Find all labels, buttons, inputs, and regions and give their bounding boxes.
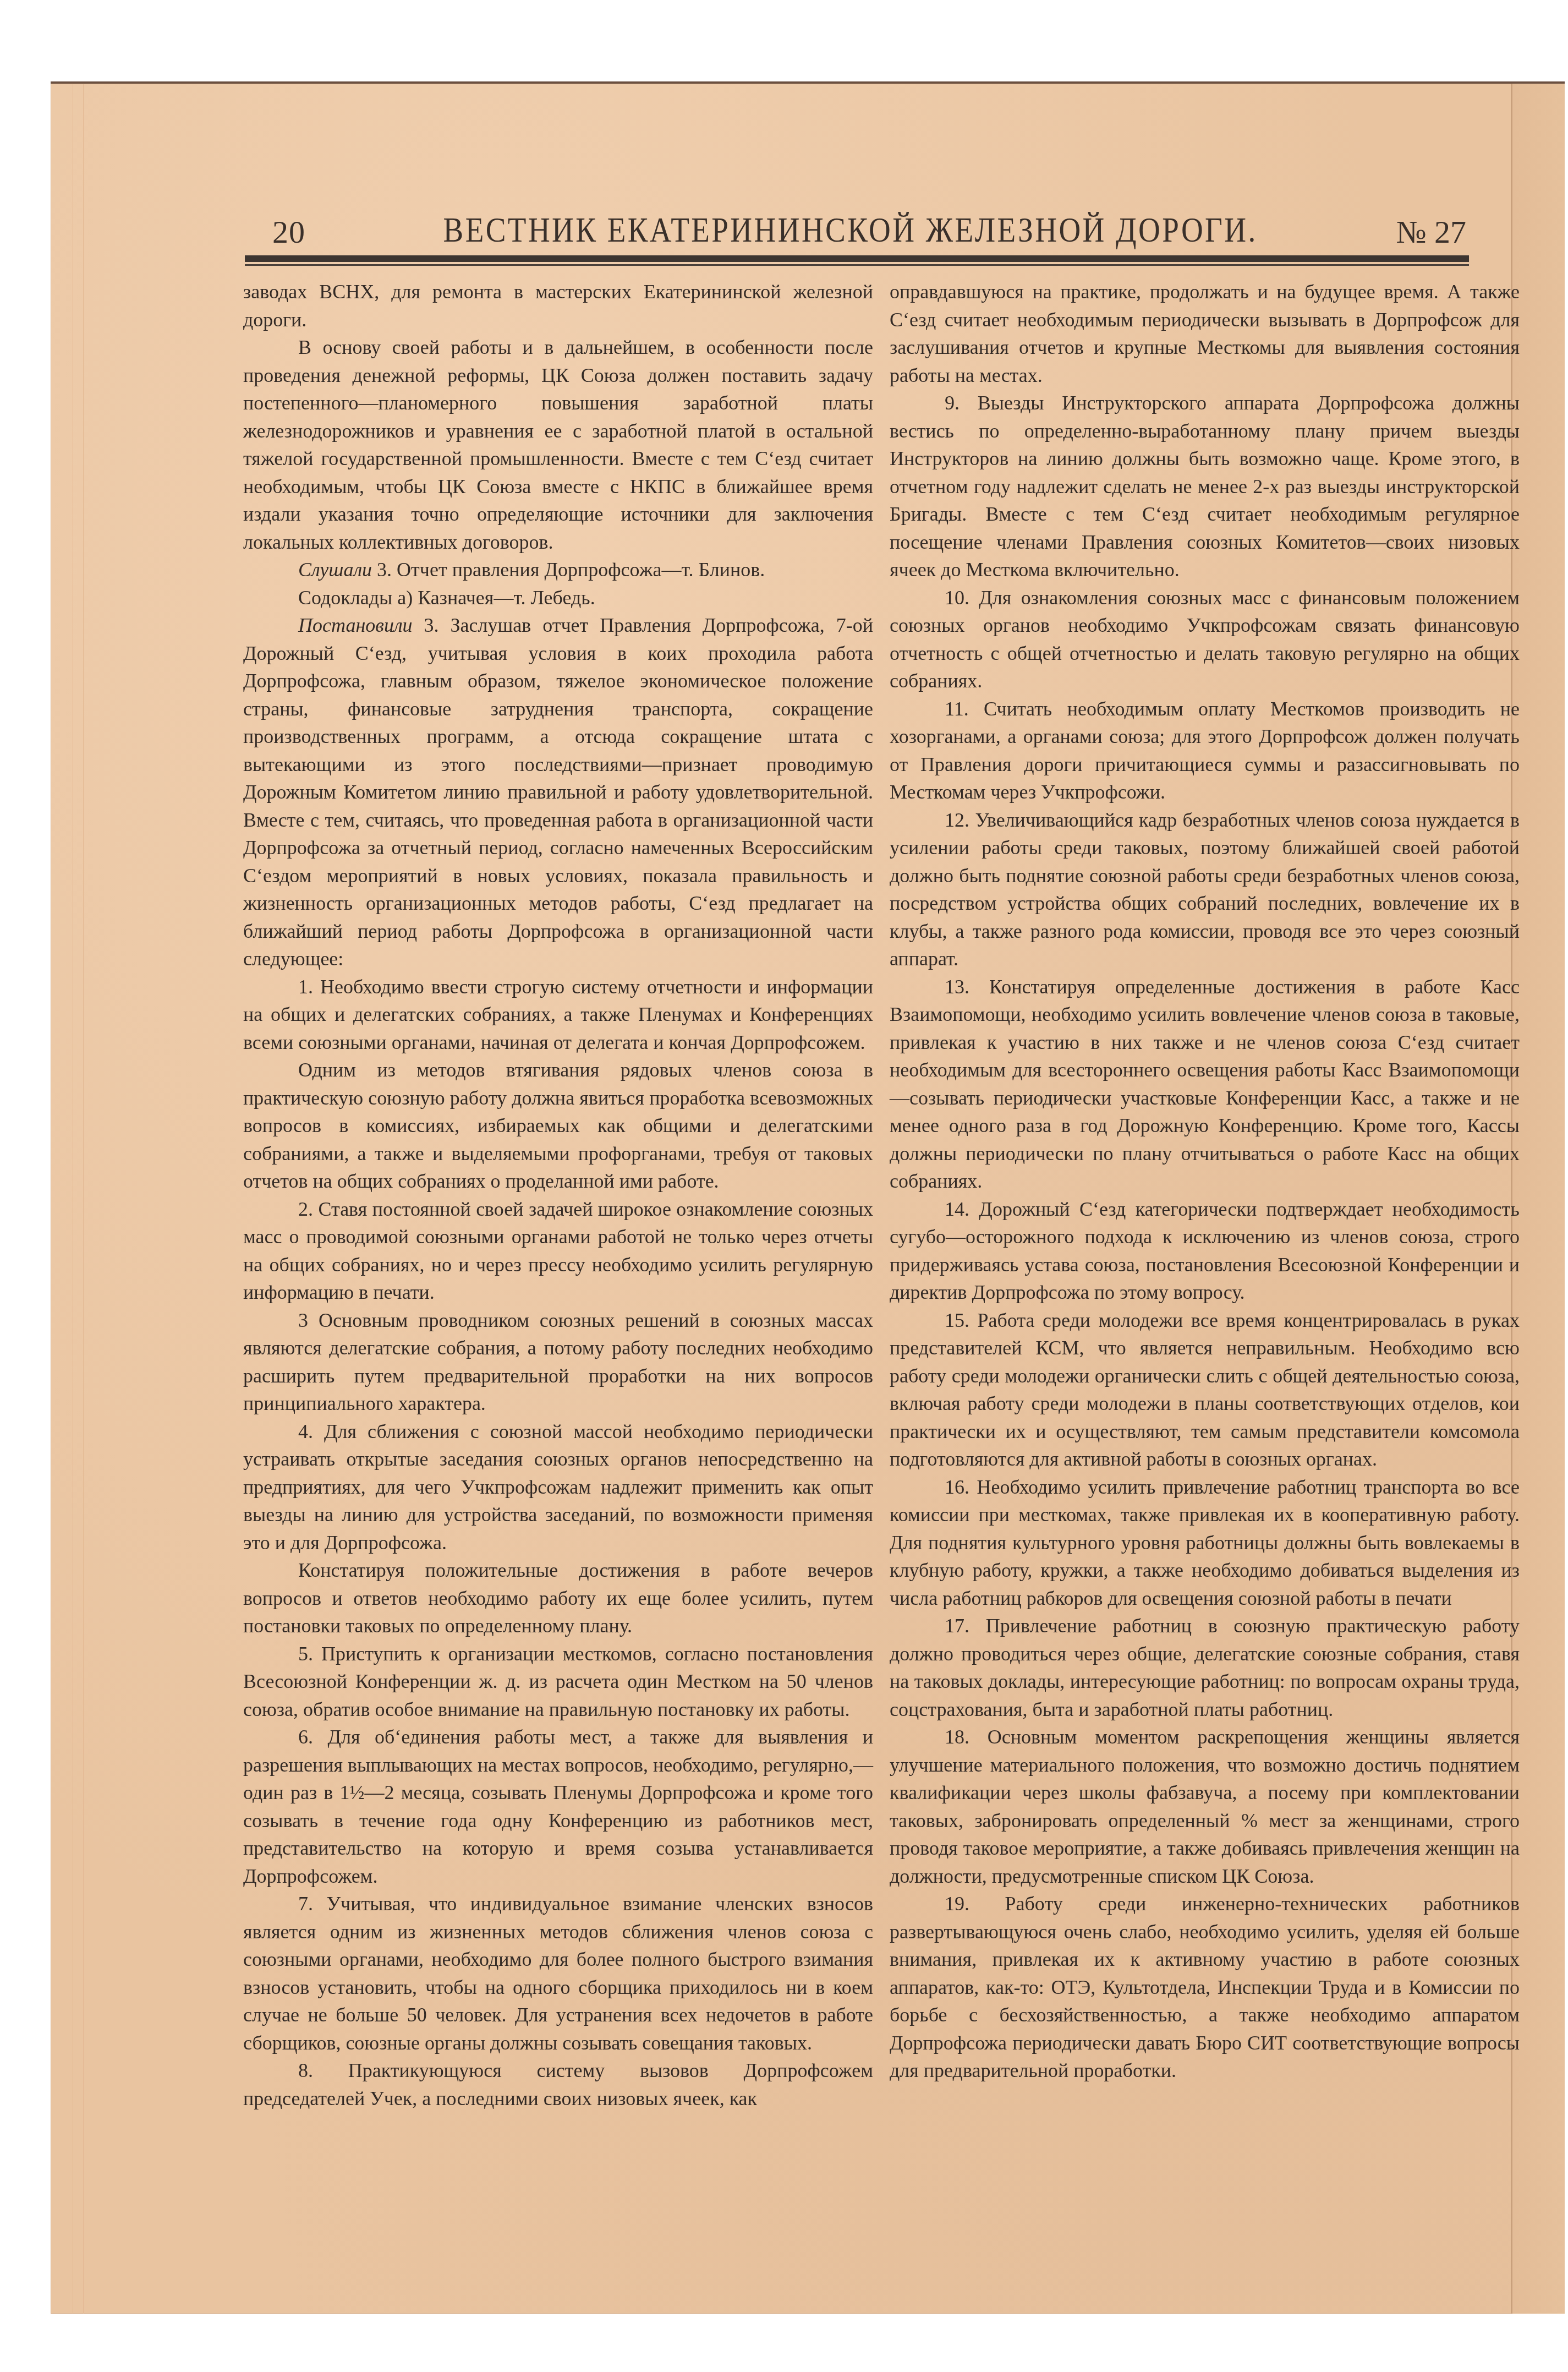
paragraph-text: В основу своей работы и в дальнейшем, в … — [243, 336, 873, 553]
paragraph-text: 9. Выезды Инструкторского аппарата Дорпр… — [890, 392, 1520, 581]
paragraph-text: Содоклады а) Казначея—т. Лебедь. — [298, 587, 595, 609]
paragraph-text: 16. Необходимо усилить привлечение работ… — [890, 1476, 1520, 1609]
resolution-paragraph: Слушали 3. Отчет правления Дорпрофсожа—т… — [243, 556, 873, 584]
paragraph: 18. Основным моментом раскрепощения женщ… — [890, 1723, 1520, 1890]
paragraph-text: 1. Необходимо ввести строгую систему отч… — [243, 976, 873, 1053]
paragraph-text: Одним из методов втягивания рядовых член… — [243, 1059, 873, 1192]
paragraph-text: 14. Дорожный С‘езд категорически подтвер… — [890, 1198, 1520, 1304]
paragraph: 14. Дорожный С‘езд категорически подтвер… — [890, 1195, 1520, 1307]
paragraph-text: 10. Для ознакомления союзных масс с фина… — [890, 587, 1520, 692]
paper-fold-line — [73, 84, 84, 2314]
page-number: 20 — [272, 214, 305, 250]
paragraph-text: Констатируя положительные достижения в р… — [243, 1559, 873, 1637]
paragraph-text: 19. Работу среди инженерно-технических р… — [890, 1893, 1520, 2081]
paragraph-text: 15. Работа среди молодежи все время конц… — [890, 1309, 1520, 1471]
right-text-column: оправдавшуюся на практике, продолжать и … — [890, 278, 1520, 2085]
paragraph-text: 3. Заслушав отчет Правления Дорпрофсожа,… — [243, 614, 873, 970]
paragraph-text: 4. Для сближения с союзной массой необхо… — [243, 1420, 873, 1554]
paragraph-text: 3. Отчет правления Дорпрофсожа—т. Блинов… — [377, 559, 765, 581]
paragraph-text: 5. Приступить к организации месткомов, с… — [243, 1643, 873, 1720]
paragraph: 8. Практикующуюся систему вызовов Дорпро… — [243, 2057, 873, 2112]
paragraph: В основу своей работы и в дальнейшем, в … — [243, 334, 873, 556]
paragraph: 3 Основным проводником союзных решений в… — [243, 1307, 873, 1418]
page-header: 20 ВЕСТНИК ЕКАТЕРИНИНСКОЙ ЖЕЛЕЗНОЙ ДОРОГ… — [272, 212, 1466, 250]
paragraph-text: оправдавшуюся на практике, продолжать и … — [890, 281, 1520, 386]
left-text-column: заводах ВСНХ, для ремонта в мастерских Е… — [243, 278, 873, 2112]
paragraph: 10. Для ознакомления союзных масс с фина… — [890, 584, 1520, 695]
paragraph: Содоклады а) Казначея—т. Лебедь. — [243, 584, 873, 612]
paragraph: 11. Считать необходимым оплату Месткомов… — [890, 695, 1520, 806]
paragraph: 4. Для сближения с союзной массой необхо… — [243, 1418, 873, 1557]
resolution-paragraph: Постановили 3. Заслушав отчет Правления … — [243, 611, 873, 973]
header-rule-thick — [245, 255, 1469, 262]
paragraph: 2. Ставя постоянной своей задачей широко… — [243, 1195, 873, 1307]
paragraph: 17. Привлечение работниц в союзную практ… — [890, 1612, 1520, 1723]
issue-number: № 27 — [1396, 214, 1466, 250]
paragraph-text: заводах ВСНХ, для ремонта в мастерских Е… — [243, 281, 873, 331]
paragraph: заводах ВСНХ, для ремонта в мастерских Е… — [243, 278, 873, 334]
header-rule-thin — [245, 264, 1469, 266]
paragraph-text: 7. Учитывая, что индивидуальное взимание… — [243, 1893, 873, 2054]
paragraph: 15. Работа среди молодежи все время конц… — [890, 1307, 1520, 1473]
paragraph-text: 17. Привлечение работниц в союзную практ… — [890, 1615, 1520, 1720]
publication-title: ВЕСТНИК ЕКАТЕРИНИНСКОЙ ЖЕЛЕЗНОЙ ДОРОГИ. — [443, 210, 1258, 250]
paragraph-text: 2. Ставя постоянной своей задачей широко… — [243, 1198, 873, 1304]
paragraph-text: 13. Констатируя определенные достижения … — [890, 976, 1520, 1193]
section-label: Постановили — [298, 614, 413, 636]
paragraph-text: 11. Считать необходимым оплату Месткомов… — [890, 698, 1520, 804]
paragraph: 5. Приступить к организации месткомов, с… — [243, 1640, 873, 1724]
paragraph: 19. Работу среди инженерно-технических р… — [890, 1890, 1520, 2085]
paragraph-text: 8. Практикующуюся систему вызовов Дорпро… — [243, 2059, 873, 2109]
paragraph: 6. Для об‘единения работы мест, а также … — [243, 1723, 873, 1890]
section-label: Слушали — [298, 559, 372, 581]
paragraph: 1. Необходимо ввести строгую систему отч… — [243, 973, 873, 1057]
paragraph-text: 3 Основным проводником союзных решений в… — [243, 1309, 873, 1415]
paragraph: 9. Выезды Инструкторского аппарата Дорпр… — [890, 389, 1520, 584]
paragraph: оправдавшуюся на практике, продолжать и … — [890, 278, 1520, 389]
paragraph-text: 6. Для об‘единения работы мест, а также … — [243, 1726, 873, 1887]
paragraph-text: 18. Основным моментом раскрепощения женщ… — [890, 1726, 1520, 1887]
paragraph-text: 12. Увеличивающийся кадр безработных чле… — [890, 809, 1520, 970]
paragraph: 12. Увеличивающийся кадр безработных чле… — [890, 806, 1520, 973]
paragraph: 16. Необходимо усилить привлечение работ… — [890, 1473, 1520, 1613]
paragraph: Одним из методов втягивания рядовых член… — [243, 1056, 873, 1195]
paragraph: Констатируя положительные достижения в р… — [243, 1556, 873, 1640]
paragraph: 13. Констатируя определенные достижения … — [890, 973, 1520, 1195]
paragraph: 7. Учитывая, что индивидуальное взимание… — [243, 1890, 873, 2057]
